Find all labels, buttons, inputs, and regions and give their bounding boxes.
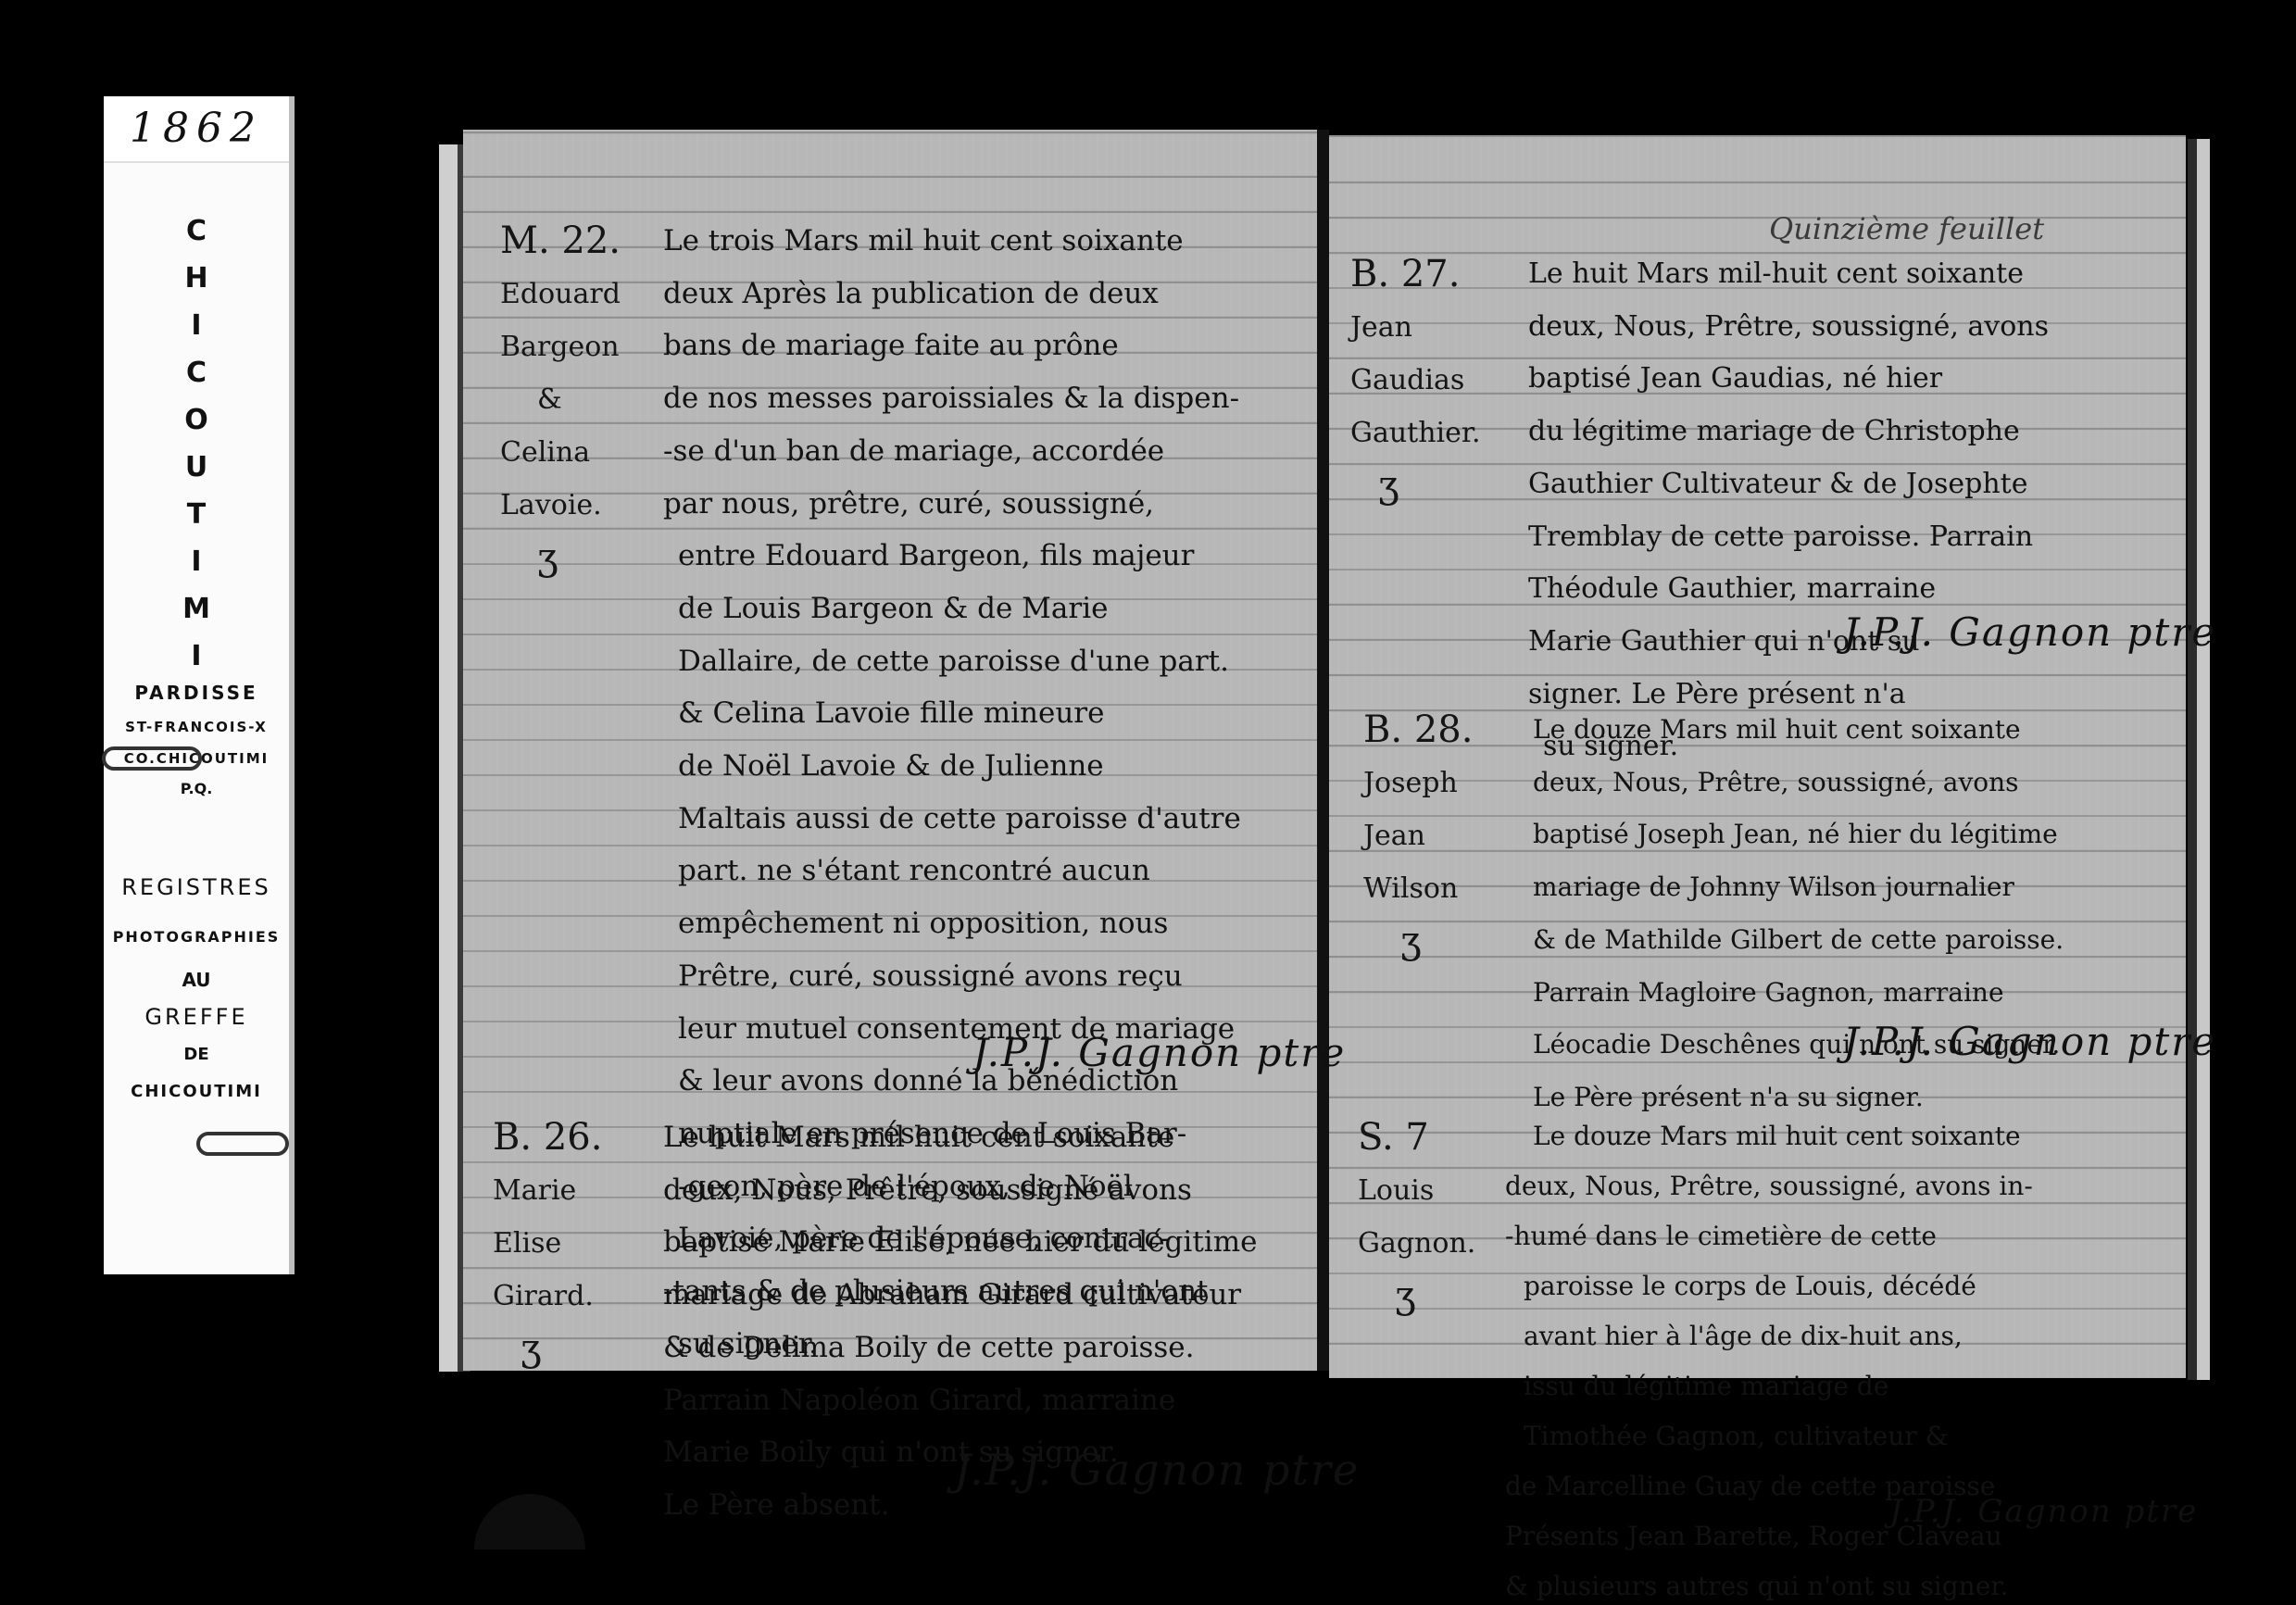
city-letter: C — [104, 349, 289, 396]
city-letter: H — [104, 255, 289, 302]
entry-margin: B. 27. Jean Gaudias Gauthier. ʒ — [1350, 248, 1480, 512]
text-line: & de Delima Boily de cette paroisse. — [663, 1322, 1257, 1374]
text-line: bans de mariage faite au prône — [663, 320, 1241, 372]
text-line: par nous, prêtre, curé, soussigné, — [663, 478, 1241, 531]
text-line: Timothée Gagnon, cultivateur & — [1505, 1411, 2033, 1461]
text-line: empêchement ni opposition, nous — [663, 897, 1241, 950]
text-line: Maltais aussi de cette paroisse d'autre — [663, 793, 1241, 846]
entry-name: Celina — [500, 426, 621, 479]
text-line: deux, Nous, Prêtre, soussigné, avons in- — [1505, 1161, 2033, 1211]
priest-signature: J.P.J. Gagnon ptre — [1843, 1019, 2216, 1064]
entry-name: Joseph — [1363, 757, 1473, 809]
text-line: Tremblay de cette paroisse. Parrain — [1528, 511, 2049, 564]
paraph-mark-icon: ʒ — [493, 1323, 602, 1375]
label-city-vertical: C H I C O U T I M I — [104, 207, 289, 680]
priest-signature: J.P.J. Gagnon ptre — [1843, 609, 2216, 655]
entry-code: B. 27. — [1350, 248, 1480, 301]
entry-margin: M. 22. Edouard Bargeon & Celina Lavoie. … — [500, 215, 621, 584]
entry-name: Lavoie. — [500, 479, 621, 532]
text-line: de Louis Bargeon & de Marie — [663, 583, 1241, 635]
priest-signature: J.P.J. Gagnon ptre — [972, 1030, 1346, 1075]
city-letter: C — [104, 207, 289, 255]
text-line: & Celina Lavoie fille mineure — [663, 687, 1241, 740]
entry-name: Elise — [493, 1217, 602, 1270]
text-line: issu du légitime mariage de — [1505, 1361, 2033, 1411]
text-line: Gauthier Cultivateur & de Josephte — [1528, 458, 2049, 511]
city-letter: I — [104, 302, 289, 349]
city-letter: U — [104, 444, 289, 491]
paraph-mark-icon: ʒ — [1363, 915, 1473, 968]
entry-code: S. 7 — [1358, 1111, 1475, 1164]
city-letter: I — [104, 633, 289, 680]
text-line: deux Après la publication de deux — [663, 268, 1241, 320]
register-line: GREFFE — [104, 1004, 289, 1030]
entry-code: B. 26. — [493, 1111, 602, 1164]
text-line: paroisse le corps de Louis, décédé — [1505, 1261, 2033, 1311]
city-letter: O — [104, 396, 289, 444]
text-line: & plusieurs autres qui n'ont su signer. — [1505, 1561, 2033, 1605]
entry-name: Jean — [1350, 301, 1480, 354]
paperclip-icon — [196, 1132, 289, 1156]
text-line: baptisé Jean Gaudias, né hier — [1528, 353, 2049, 406]
priest-signature: J.P.J. Gagnon ptre — [1889, 1493, 2198, 1530]
text-line: -humé dans le cimetière de cette — [1505, 1211, 2033, 1261]
text-line: Le douze Mars mil huit cent soixante — [1533, 704, 2064, 757]
text-line: Le douze Mars mil huit cent soixante — [1505, 1111, 2033, 1161]
text-line: mariage de Abraham Girard cultivateur — [663, 1269, 1257, 1322]
entry-name: Marie — [493, 1164, 602, 1217]
entry-name: Edouard — [500, 268, 621, 320]
archive-label-strip: 1862 C H I C O U T I M I PARDISSE ST-FRA… — [104, 96, 295, 1274]
entry-name: Gauthier. — [1350, 407, 1480, 459]
thumb-shadow — [474, 1494, 585, 1549]
entry-name: Gagnon. — [1358, 1217, 1475, 1270]
register-line: PHOTOGRAPHIES — [104, 928, 289, 946]
register-line: CHICOUTIMI — [104, 1082, 289, 1101]
text-line: mariage de Johnny Wilson journalier — [1533, 861, 2064, 914]
entry-text: Le douze Mars mil huit cent soixante deu… — [1505, 1111, 2033, 1605]
entry-name: Gaudias — [1350, 354, 1480, 407]
text-line: entre Edouard Bargeon, fils majeur — [663, 530, 1241, 583]
entry-text: Le huit Mars mil-huit cent soixante deux… — [1528, 248, 2049, 773]
entry-code: M. 22. — [500, 215, 621, 268]
text-line: deux, Nous, Prêtre, soussigné avons — [663, 1164, 1257, 1217]
paraph-mark-icon: ʒ — [1350, 459, 1480, 512]
entry-margin: S. 7 Louis Gagnon. ʒ — [1358, 1111, 1475, 1323]
text-line: baptisé Joseph Jean, né hier du légitime — [1533, 809, 2064, 861]
parish-line: P.Q. — [104, 780, 289, 797]
text-line: Théodule Gauthier, marraine — [1528, 563, 2049, 616]
entry-name: & — [500, 373, 621, 426]
register-line: REGISTRES — [104, 874, 289, 900]
text-line: part. ne s'étant rencontré aucun — [663, 845, 1241, 897]
entry-name: Jean — [1363, 809, 1473, 862]
text-line: Prêtre, curé, soussigné avons reçu — [663, 950, 1241, 1003]
text-line: -se d'un ban de mariage, accordée — [663, 425, 1241, 478]
text-line: Le trois Mars mil huit cent soixante — [663, 215, 1241, 268]
text-line: Dallaire, de cette paroisse d'une part. — [663, 635, 1241, 688]
city-letter: T — [104, 491, 289, 538]
text-line: baptisé Marie Elise, née hier du légitim… — [663, 1216, 1257, 1269]
text-line: du légitime mariage de Christophe — [1528, 406, 2049, 458]
paraph-mark-icon: ʒ — [1358, 1270, 1475, 1323]
paperclip-icon — [102, 746, 202, 771]
register-line: AU — [104, 969, 289, 991]
text-line: deux, Nous, Prêtre, soussigné, avons — [1528, 301, 2049, 354]
text-line: avant hier à l'âge de dix-huit ans, — [1505, 1311, 2033, 1361]
city-letter: M — [104, 585, 289, 633]
text-line: de Noël Lavoie & de Julienne — [663, 740, 1241, 793]
entry-name: Louis — [1358, 1164, 1475, 1217]
entry-name: Girard. — [493, 1270, 602, 1323]
entry-code: B. 28. — [1363, 704, 1473, 757]
city-letter: I — [104, 538, 289, 585]
register-line: DE — [104, 1045, 289, 1064]
entry-margin: B. 26. Marie Elise Girard. ʒ — [493, 1111, 602, 1375]
entry-name: Bargeon — [500, 320, 621, 373]
parish-line: ST-FRANCOIS-X — [104, 719, 289, 735]
book-edge-right — [2188, 139, 2210, 1380]
book-gutter — [1317, 130, 1329, 1371]
text-line: Parrain Napoléon Girard, marraine — [663, 1374, 1257, 1427]
text-line: deux, Nous, Prêtre, soussigné, avons — [1533, 757, 2064, 809]
entry-name: Wilson — [1363, 862, 1473, 915]
text-line: Le huit Mars mil-huit cent soixante — [1528, 248, 2049, 301]
text-line: Parrain Magloire Gagnon, marraine — [1533, 967, 2064, 1020]
text-line: & de Mathilde Gilbert de cette paroisse. — [1533, 914, 2064, 967]
label-year: 1862 — [104, 96, 289, 163]
text-line: de nos messes paroissiales & la dispen- — [663, 372, 1241, 425]
parish-line: PARDISSE — [104, 682, 289, 704]
folio-heading: Quinzième feuillet — [1769, 211, 2044, 246]
entry-margin: B. 28. Joseph Jean Wilson ʒ — [1363, 704, 1473, 968]
text-line: Le huit Mars mil huit cent soixante — [663, 1111, 1257, 1164]
priest-signature: J.P.J. Gagnon ptre — [954, 1445, 1360, 1495]
paraph-mark-icon: ʒ — [500, 532, 621, 584]
